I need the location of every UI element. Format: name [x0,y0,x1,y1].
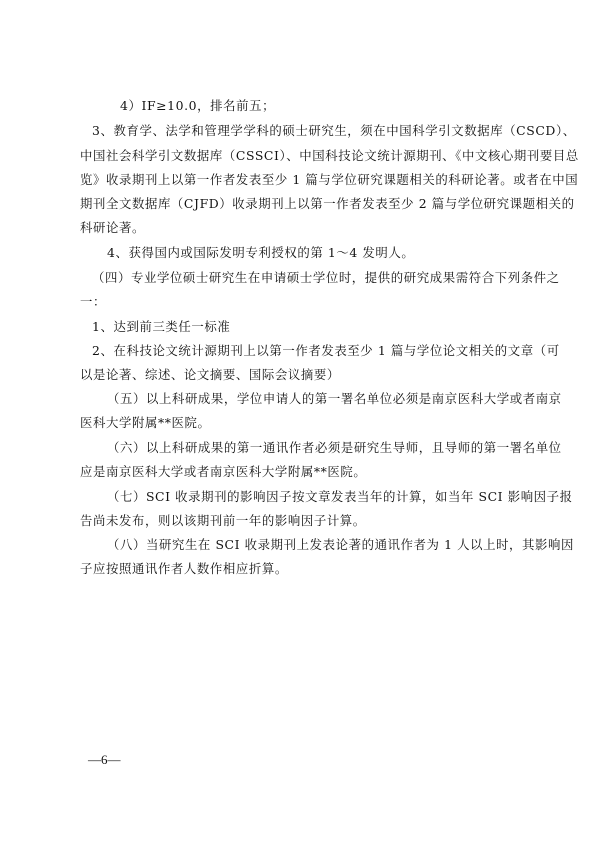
section-8-line-2: 子应按照通讯作者人数作相应折算。 [80,561,288,577]
section-8-line-1: （八）当研究生在 SCI 收录期刊上发表论著的通讯作者为 1 人以上时，其影响因 [107,537,574,553]
section-4-item-1: 1、达到前三类任一标准 [92,319,230,335]
section-6-line-2: 应是南京医科大学或者南京医科大学附属**医院。 [80,464,366,480]
paragraph-item-3-line-3: 览》收录期刊上以第一作者发表至少 1 篇与学位研究课题相关的科研论著。或者在中国 [80,172,578,188]
section-4-line-2: 一： [80,294,106,310]
section-5-line-2: 医科大学附属**医院。 [80,415,211,431]
section-4-line-1: （四）专业学位硕士研究生在申请硕士学位时，提供的研究成果需符合下列条件之 [92,270,560,286]
section-7-line-1: （七）SCI 收录期刊的影响因子按文章发表当年的计算，如当年 SCI 影响因子报 [107,489,573,505]
document-page: 4）IF≥10.0，排名前五； 3、教育学、法学和管理学学科的硕士研究生，须在中… [0,0,595,842]
paragraph-item-3-line-1: 3、教育学、法学和管理学学科的硕士研究生，须在中国科学引文数据库（CSCD）、 [92,123,576,139]
paragraph-item-3-line-2: 中国社会科学引文数据库（CSSCI）、中国科技论文统计源期刊、《中文核心期刊要目… [80,148,579,164]
section-7-line-2: 告尚未发布，则以该期刊前一年的影响因子计算。 [80,513,366,529]
criterion-line-if-ge-10: 4）IF≥10.0，排名前五； [120,98,275,114]
section-4-item-2-line-2: 以是论著、综述、论文摘要、国际会议摘要） [80,367,340,383]
section-4-item-2-line-1: 2、在科技论文统计源期刊上以第一作者发表至少 1 篇与学位论文相关的文章（可 [92,343,560,359]
page-number: —6— [88,752,121,768]
paragraph-item-3-line-4: 期刊全文数据库（CJFD）收录期刊上以第一作者发表至少 2 篇与学位研究课题相关… [80,196,575,212]
section-5-line-1: （五）以上科研成果，学位申请人的第一署名单位必须是南京医科大学或者南京 [107,391,562,407]
paragraph-item-4: 4、获得国内或国际发明专利授权的第 1～4 发明人。 [107,245,414,261]
paragraph-item-3-line-5: 科研论著。 [80,220,145,236]
section-6-line-1: （六）以上科研成果的第一通讯作者必须是研究生导师，且导师的第一署名单位 [107,440,562,456]
